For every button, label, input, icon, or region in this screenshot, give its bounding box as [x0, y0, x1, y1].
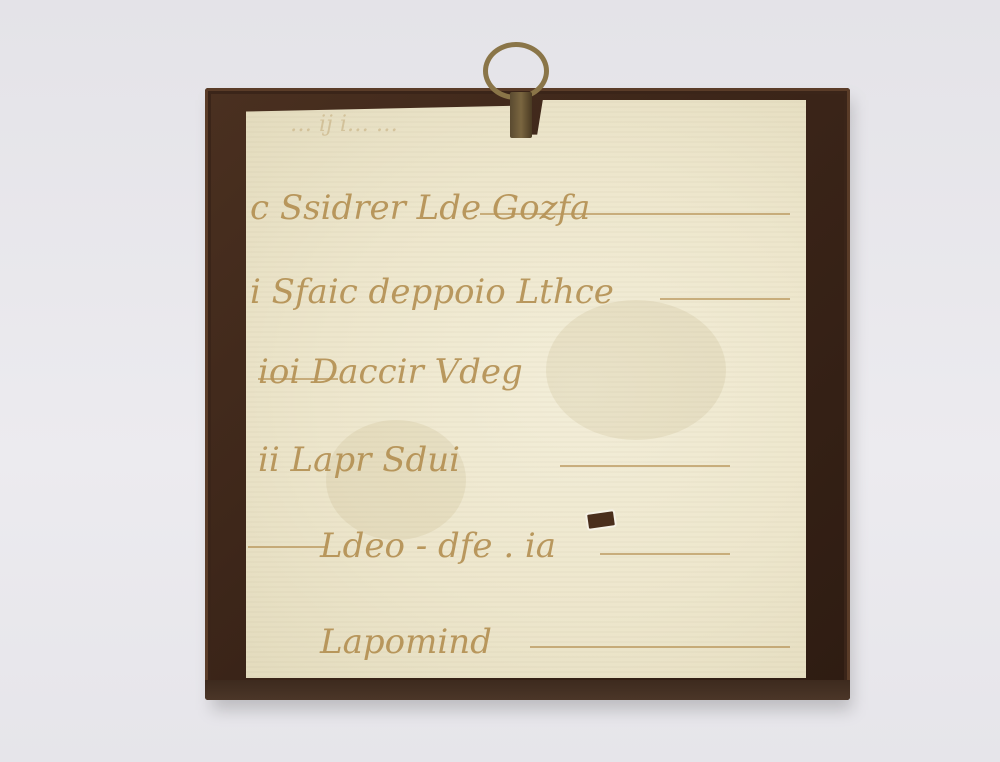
manuscript-line: Lapomind	[320, 622, 492, 662]
manuscript-line: Ldeo - dfe . ia	[320, 526, 556, 566]
faint-text: … ij i… …	[290, 112, 398, 137]
manuscript-line: ioi Daccir Vdeg	[258, 352, 523, 392]
ink-stroke	[560, 465, 730, 467]
stain	[546, 300, 726, 440]
ink-stroke	[530, 646, 790, 648]
plaque-bevel	[205, 680, 850, 700]
ink-stroke	[600, 553, 730, 555]
manuscript-line: i Sfaic deppoio Lthce	[250, 272, 614, 312]
ink-stroke	[258, 378, 338, 380]
ink-stroke	[660, 298, 790, 300]
manuscript-line: ii Lapr Sdui	[258, 440, 460, 480]
stain	[326, 420, 466, 540]
ink-stroke	[248, 546, 328, 548]
brass-tab	[510, 92, 532, 138]
ink-stroke	[480, 213, 790, 215]
manuscript-line: c Ssidrer Lde Gozfa	[250, 188, 590, 228]
